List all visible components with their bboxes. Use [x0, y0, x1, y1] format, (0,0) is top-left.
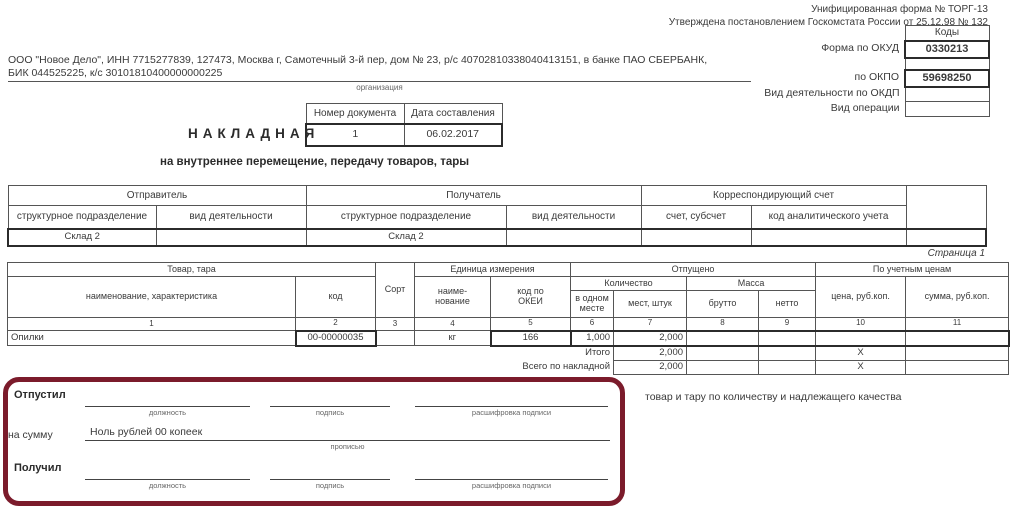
qty-per-place-value: 1,000	[571, 331, 614, 346]
receiver-unit-header: структурное подразделение	[306, 206, 506, 229]
col-num-6: 6	[571, 318, 614, 331]
organization-info: ООО "Новое Дело", ИНН 7715277839, 127473…	[8, 54, 751, 82]
parties-extra-col	[906, 186, 986, 229]
unit-header: Единица измерения	[415, 263, 571, 277]
received-signature-field: подпись	[270, 465, 390, 490]
mass-header: Масса	[687, 277, 816, 291]
col-num-11: 11	[906, 318, 1009, 331]
account-header: счет, субсчет	[641, 206, 751, 229]
col-num-1: 1	[8, 318, 296, 331]
sender-activity-header: вид деятельности	[156, 206, 306, 229]
page-subtitle: на внутреннее перемещение, передачу това…	[160, 156, 469, 168]
codes-empty-value	[905, 58, 989, 70]
signature-line	[415, 392, 608, 407]
col-num-4: 4	[415, 318, 491, 331]
released-name-field: расшифровка подписи	[415, 392, 608, 417]
received-name-field: расшифровка подписи	[415, 465, 608, 490]
col-num-10: 10	[816, 318, 906, 331]
name-caption: расшифровка подписи	[415, 407, 608, 417]
subtotal-gross	[687, 346, 759, 361]
unit-name-header-line2: нование	[417, 297, 488, 307]
goods-header: Товар, тара	[8, 263, 376, 277]
doc-date-value: 06.02.2017	[404, 124, 502, 146]
item-name-value: Опилки	[8, 331, 296, 346]
item-code-value: 00-00000035	[296, 331, 376, 346]
subtotal-price-x: Х	[816, 346, 906, 361]
net-value	[759, 331, 816, 346]
codes-header: Коды	[905, 26, 989, 41]
signature-line	[85, 392, 250, 407]
released-position-field: должность	[85, 392, 250, 417]
account-value	[641, 229, 751, 246]
sum-value	[906, 331, 1009, 346]
amount-field: Ноль рублей 00 копеек прописью	[85, 426, 610, 451]
grand-total-label: Всего по накладной	[8, 361, 614, 375]
parties-table: Отправитель Получатель Корреспондирующий…	[7, 185, 987, 247]
organization-line2: БИК 044525225, к/с 30101810400000000225	[8, 67, 751, 80]
subtotal-net	[759, 346, 816, 361]
torg13-document: Унифицированная форма № ТОРГ-13 Утвержде…	[0, 0, 1024, 508]
col-num-8: 8	[687, 318, 759, 331]
price-header: цена, руб.коп.	[816, 277, 906, 318]
receiver-activity-value	[506, 229, 641, 246]
doc-number-label: Номер документа	[306, 104, 404, 124]
subtotal-row: Итого 2,000 Х	[8, 346, 1009, 361]
col-num-2: 2	[296, 318, 376, 331]
position-caption: должность	[85, 407, 250, 417]
operation-type-value	[905, 102, 989, 117]
sum-header: сумма, руб.коп.	[906, 277, 1009, 318]
amount-caption: прописью	[85, 441, 610, 451]
corr-account-header: Корреспондирующий счет	[641, 186, 906, 206]
signature-line	[270, 392, 390, 407]
analytic-code-value	[751, 229, 906, 246]
operation-type-label: Вид операции	[640, 102, 905, 117]
qty-pieces-value: 2,000	[614, 331, 687, 346]
grade-header: Сорт	[376, 263, 415, 318]
parties-extra-value	[906, 229, 986, 246]
okei-header-line2: ОКЕИ	[493, 297, 568, 307]
doc-date-label: Дата составления	[404, 104, 502, 124]
item-name-header: наименование, характеристика	[8, 277, 296, 318]
signature-line	[270, 465, 390, 480]
organization-caption: организация	[8, 82, 751, 92]
grand-total-gross	[687, 361, 759, 375]
grand-total-qty: 2,000	[614, 361, 687, 375]
amount-label: на сумму	[8, 429, 53, 441]
doc-number-table: Номер документа Дата составления 1 06.02…	[305, 103, 503, 147]
analytic-code-header: код аналитического учета	[751, 206, 906, 229]
form-note-line1: Унифицированная форма № ТОРГ-13	[669, 3, 988, 16]
quantity-header: Количество	[571, 277, 687, 291]
unit-name-header: наиме- нование	[415, 277, 491, 318]
book-price-header: По учетным ценам	[816, 263, 1009, 277]
item-code-header: код	[296, 277, 376, 318]
released-label: Отпустил	[14, 389, 66, 401]
gross-header: брутто	[687, 291, 759, 318]
page-title: НАКЛАДНАЯ	[188, 126, 319, 141]
codes-header-label	[640, 26, 905, 41]
okdp-value	[905, 87, 989, 102]
signature-line	[85, 465, 250, 480]
col-num-3: 3	[376, 318, 415, 331]
sender-unit-header: структурное подразделение	[8, 206, 156, 229]
doc-number-value: 1	[306, 124, 404, 146]
amount-in-words: Ноль рублей 00 копеек	[85, 426, 610, 441]
grand-total-net	[759, 361, 816, 375]
position-caption: должность	[85, 480, 250, 490]
receiver-unit-value: Склад 2	[306, 229, 506, 246]
sender-activity-value	[156, 229, 306, 246]
received-label: Получил	[14, 462, 61, 474]
sender-header: Отправитель	[8, 186, 306, 206]
sender-unit-value: Склад 2	[8, 229, 156, 246]
released-header: Отпущено	[571, 263, 816, 277]
receiver-header: Получатель	[306, 186, 641, 206]
subtotal-label: Итого	[8, 346, 614, 361]
received-position-field: должность	[85, 465, 250, 490]
subtotal-qty: 2,000	[614, 346, 687, 361]
net-header: нетто	[759, 291, 816, 318]
okud-value: 0330213	[905, 41, 989, 58]
col-num-5: 5	[491, 318, 571, 331]
unit-value: кг	[415, 331, 491, 346]
subtotal-sum	[906, 346, 1009, 361]
organization-line1: ООО "Новое Дело", ИНН 7715277839, 127473…	[8, 54, 751, 67]
grand-total-sum	[906, 361, 1009, 375]
col-num-7: 7	[614, 318, 687, 331]
gross-value	[687, 331, 759, 346]
organization-block: ООО "Новое Дело", ИНН 7715277839, 127473…	[8, 54, 751, 92]
table-row: Опилки 00-00000035 кг 166 1,000 2,000	[8, 331, 1009, 346]
signature-line	[415, 465, 608, 480]
grand-total-price-x: Х	[816, 361, 906, 375]
goods-table: Товар, тара Сорт Единица измерения Отпущ…	[7, 262, 1010, 375]
page-number: Страница 1	[928, 248, 985, 259]
signature-caption: подпись	[270, 480, 390, 490]
released-signature-field: подпись	[270, 392, 390, 417]
receiver-activity-header: вид деятельности	[506, 206, 641, 229]
okpo-value: 59698250	[905, 70, 989, 87]
signature-caption: подпись	[270, 407, 390, 417]
goods-quality-note: товар и тару по количеству и надлежащего…	[645, 391, 902, 403]
col-num-9: 9	[759, 318, 816, 331]
grand-total-row: Всего по накладной 2,000 Х	[8, 361, 1009, 375]
name-caption: расшифровка подписи	[415, 480, 608, 490]
qty-per-place-header: в одном месте	[571, 291, 614, 318]
okei-header: код по ОКЕИ	[491, 277, 571, 318]
qty-pieces-header: мест, штук	[614, 291, 687, 318]
price-value	[816, 331, 906, 346]
grade-value	[376, 331, 415, 346]
okei-value: 166	[491, 331, 571, 346]
